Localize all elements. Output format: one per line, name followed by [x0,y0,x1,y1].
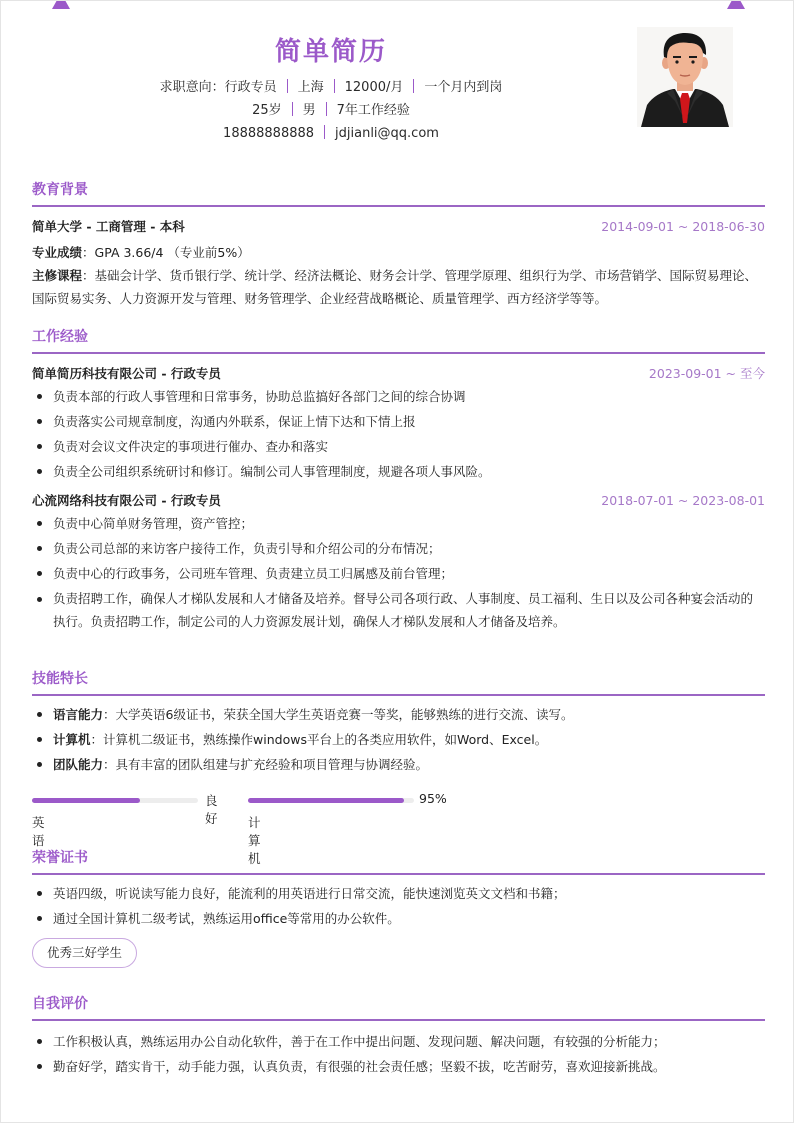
section-self-evaluation: 自我评价 工作积极认真，熟练运用办公自动化软件，善于在工作中提出问题、发现问题、… [32,993,765,1079]
separator [324,125,325,139]
gpa-value: ：GPA 3.66/4 （专业前5%） [82,245,250,260]
list-item: 负责全公司组织系统研讨和修订。编制公司人事管理制度，规避各项人事风险。 [32,459,765,484]
section-title: 自我评价 [32,993,765,1015]
skill-text: ：具有丰富的团队组建与扩充经验和项目管理与协调经验。 [103,757,428,772]
list-item: 负责中心的行政事务，公司班车管理、负责建立员工归属感及前台管理； [32,561,765,586]
list-item: 语言能力：大学英语6级证书，荣获全国大学生英语竞赛一等奖，能够熟练的进行交流、读… [32,702,765,727]
job-heading: 简单简历科技有限公司 - 行政专员 [32,365,221,383]
section-divider [32,1019,765,1021]
skill-level: 95% [419,791,447,806]
gpa-label: 专业成绩 [32,245,82,260]
separator [292,102,293,116]
resume-page: 简单简历 求职意向：行政专员上海12000/月一个月内到岗 25岁男7年工作经验… [0,0,794,1123]
list-item: 团队能力：具有丰富的团队组建与扩充经验和项目管理与协调经验。 [32,752,765,777]
list-item: 负责中心简单财务管理，资产管控； [32,511,765,536]
section-education: 教育背景 简单大学 - 工商管理 - 本科 2014-09-01 ~ 2018-… [32,179,765,310]
contact-line: 18888888888jdjianli@qq.com [1,125,661,143]
section-title: 荣誉证书 [32,847,765,869]
resume-name: 简单简历 [1,31,661,68]
progress-fill [32,798,140,803]
gender: 男 [303,103,316,118]
honor-tags: 优秀三好学生 [32,938,765,968]
section-divider [32,694,765,696]
skills-list: 语言能力：大学英语6级证书，荣获全国大学生英语竞赛一等奖，能够熟练的进行交流、读… [32,702,765,777]
salary: 12000/月 [345,80,404,95]
skill-name: 英语 [32,813,45,849]
job-intention: 求职意向：行政专员 [160,80,277,95]
phone: 18888888888 [223,126,314,141]
education-heading: 简单大学 - 工商管理 - 本科 [32,218,185,236]
job-heading: 心流网络科技有限公司 - 行政专员 [32,492,221,510]
list-item: 负责招聘工作，确保人才梯队发展和人才储备及培养。督导公司各项行政、人事制度、员工… [32,586,765,633]
section-title: 工作经验 [32,326,765,348]
experience-years: 7年工作经验 [337,103,410,118]
gpa-line: 专业成绩：GPA 3.66/4 （专业前5%） [32,241,765,264]
skill-label: 团队能力 [53,757,103,772]
email: jdjianli@qq.com [335,126,439,141]
skill-label: 计算机 [53,732,91,747]
job-entry: 心流网络科技有限公司 - 行政专员 2018-07-01 ~ 2023-08-0… [32,492,765,633]
skill-text: ：计算机二级证书，熟练操作windows平台上的各类应用软件，如Word、Exc… [91,732,548,747]
portrait-icon [637,27,733,127]
section-title: 技能特长 [32,668,765,690]
avatar [637,27,733,127]
progress-fill [248,798,404,803]
courses-value: ：基础会计学、货币银行学、统计学、经济法概论、财务会计学、管理学原理、组织行为学… [32,268,757,306]
age: 25岁 [252,103,282,118]
section-title: 教育背景 [32,179,765,201]
list-item: 负责公司总部的来访客户接待工作，负责引导和介绍公司的分布情况； [32,536,765,561]
job-duties: 负责本部的行政人事管理和日常事务，协助总监搞好各部门之间的综合协调 负责落实公司… [32,384,765,484]
job-entry: 简单简历科技有限公司 - 行政专员 2023-09-01 ~ 至今 负责本部的行… [32,365,765,484]
education-entry: 简单大学 - 工商管理 - 本科 2014-09-01 ~ 2018-06-30… [32,218,765,310]
resume-header: 简单简历 求职意向：行政专员上海12000/月一个月内到岗 25岁男7年工作经验… [1,1,794,161]
section-divider [32,352,765,354]
honors-list: 英语四级，听说读写能力良好，能流利的用英语进行日常交流，能快速浏览英文文档和书籍… [32,881,765,931]
list-item: 英语四级，听说读写能力良好，能流利的用英语进行日常交流，能快速浏览英文文档和书籍… [32,881,765,906]
separator [287,79,288,93]
list-item: 勤奋好学，踏实肯干，动手能力强，认真负责，有很强的社会责任感；坚毅不拔，吃苦耐劳… [32,1054,765,1079]
skill-text: ：大学英语6级证书，荣获全国大学生英语竞赛一等奖，能够熟练的进行交流、读写。 [103,707,573,722]
separator [326,102,327,116]
list-item: 负责本部的行政人事管理和日常事务，协助总监搞好各部门之间的综合协调 [32,384,765,409]
education-date: 2014-09-01 ~ 2018-06-30 [601,218,765,236]
section-honors: 荣誉证书 英语四级，听说读写能力良好，能流利的用英语进行日常交流，能快速浏览英文… [32,847,765,968]
honor-tag: 优秀三好学生 [32,938,137,968]
city: 上海 [298,80,324,95]
list-item: 通过全国计算机二级考试，熟练运用office等常用的办公软件。 [32,906,765,931]
list-item: 负责落实公司规章制度，沟通内外联系，保证上情下达和下情上报 [32,409,765,434]
skill-bars: 良好 英语 95% 计算机 [32,792,765,832]
separator [334,79,335,93]
self-eval-list: 工作积极认真，熟练运用办公自动化软件，善于在工作中提出问题、发现问题、解决问题，… [32,1029,765,1079]
section-work: 工作经验 简单简历科技有限公司 - 行政专员 2023-09-01 ~ 至今 负… [32,326,765,633]
availability: 一个月内到岗 [424,80,502,95]
section-divider [32,205,765,207]
job-intention-line: 求职意向：行政专员上海12000/月一个月内到岗 [1,79,661,97]
separator [413,79,414,93]
personal-info-line: 25岁男7年工作经验 [1,102,661,120]
list-item: 工作积极认真，熟练运用办公自动化软件，善于在工作中提出问题、发现问题、解决问题，… [32,1029,765,1054]
skill-label: 语言能力 [53,707,103,722]
job-date: 2018-07-01 ~ 2023-08-01 [601,492,765,510]
courses-label: 主修课程 [32,268,82,283]
job-date: 2023-09-01 ~ 至今 [649,365,765,383]
skill-level: 良好 [205,791,218,827]
section-divider [32,873,765,875]
job-duties: 负责中心简单财务管理，资产管控； 负责公司总部的来访客户接待工作，负责引导和介绍… [32,511,765,633]
list-item: 计算机：计算机二级证书，熟练操作windows平台上的各类应用软件，如Word、… [32,727,765,752]
list-item: 负责对会议文件决定的事项进行催办、查办和落实 [32,434,765,459]
section-skills: 技能特长 语言能力：大学英语6级证书，荣获全国大学生英语竞赛一等奖，能够熟练的进… [32,668,765,832]
courses-line: 主修课程：基础会计学、货币银行学、统计学、经济法概论、财务会计学、管理学原理、组… [32,264,765,310]
